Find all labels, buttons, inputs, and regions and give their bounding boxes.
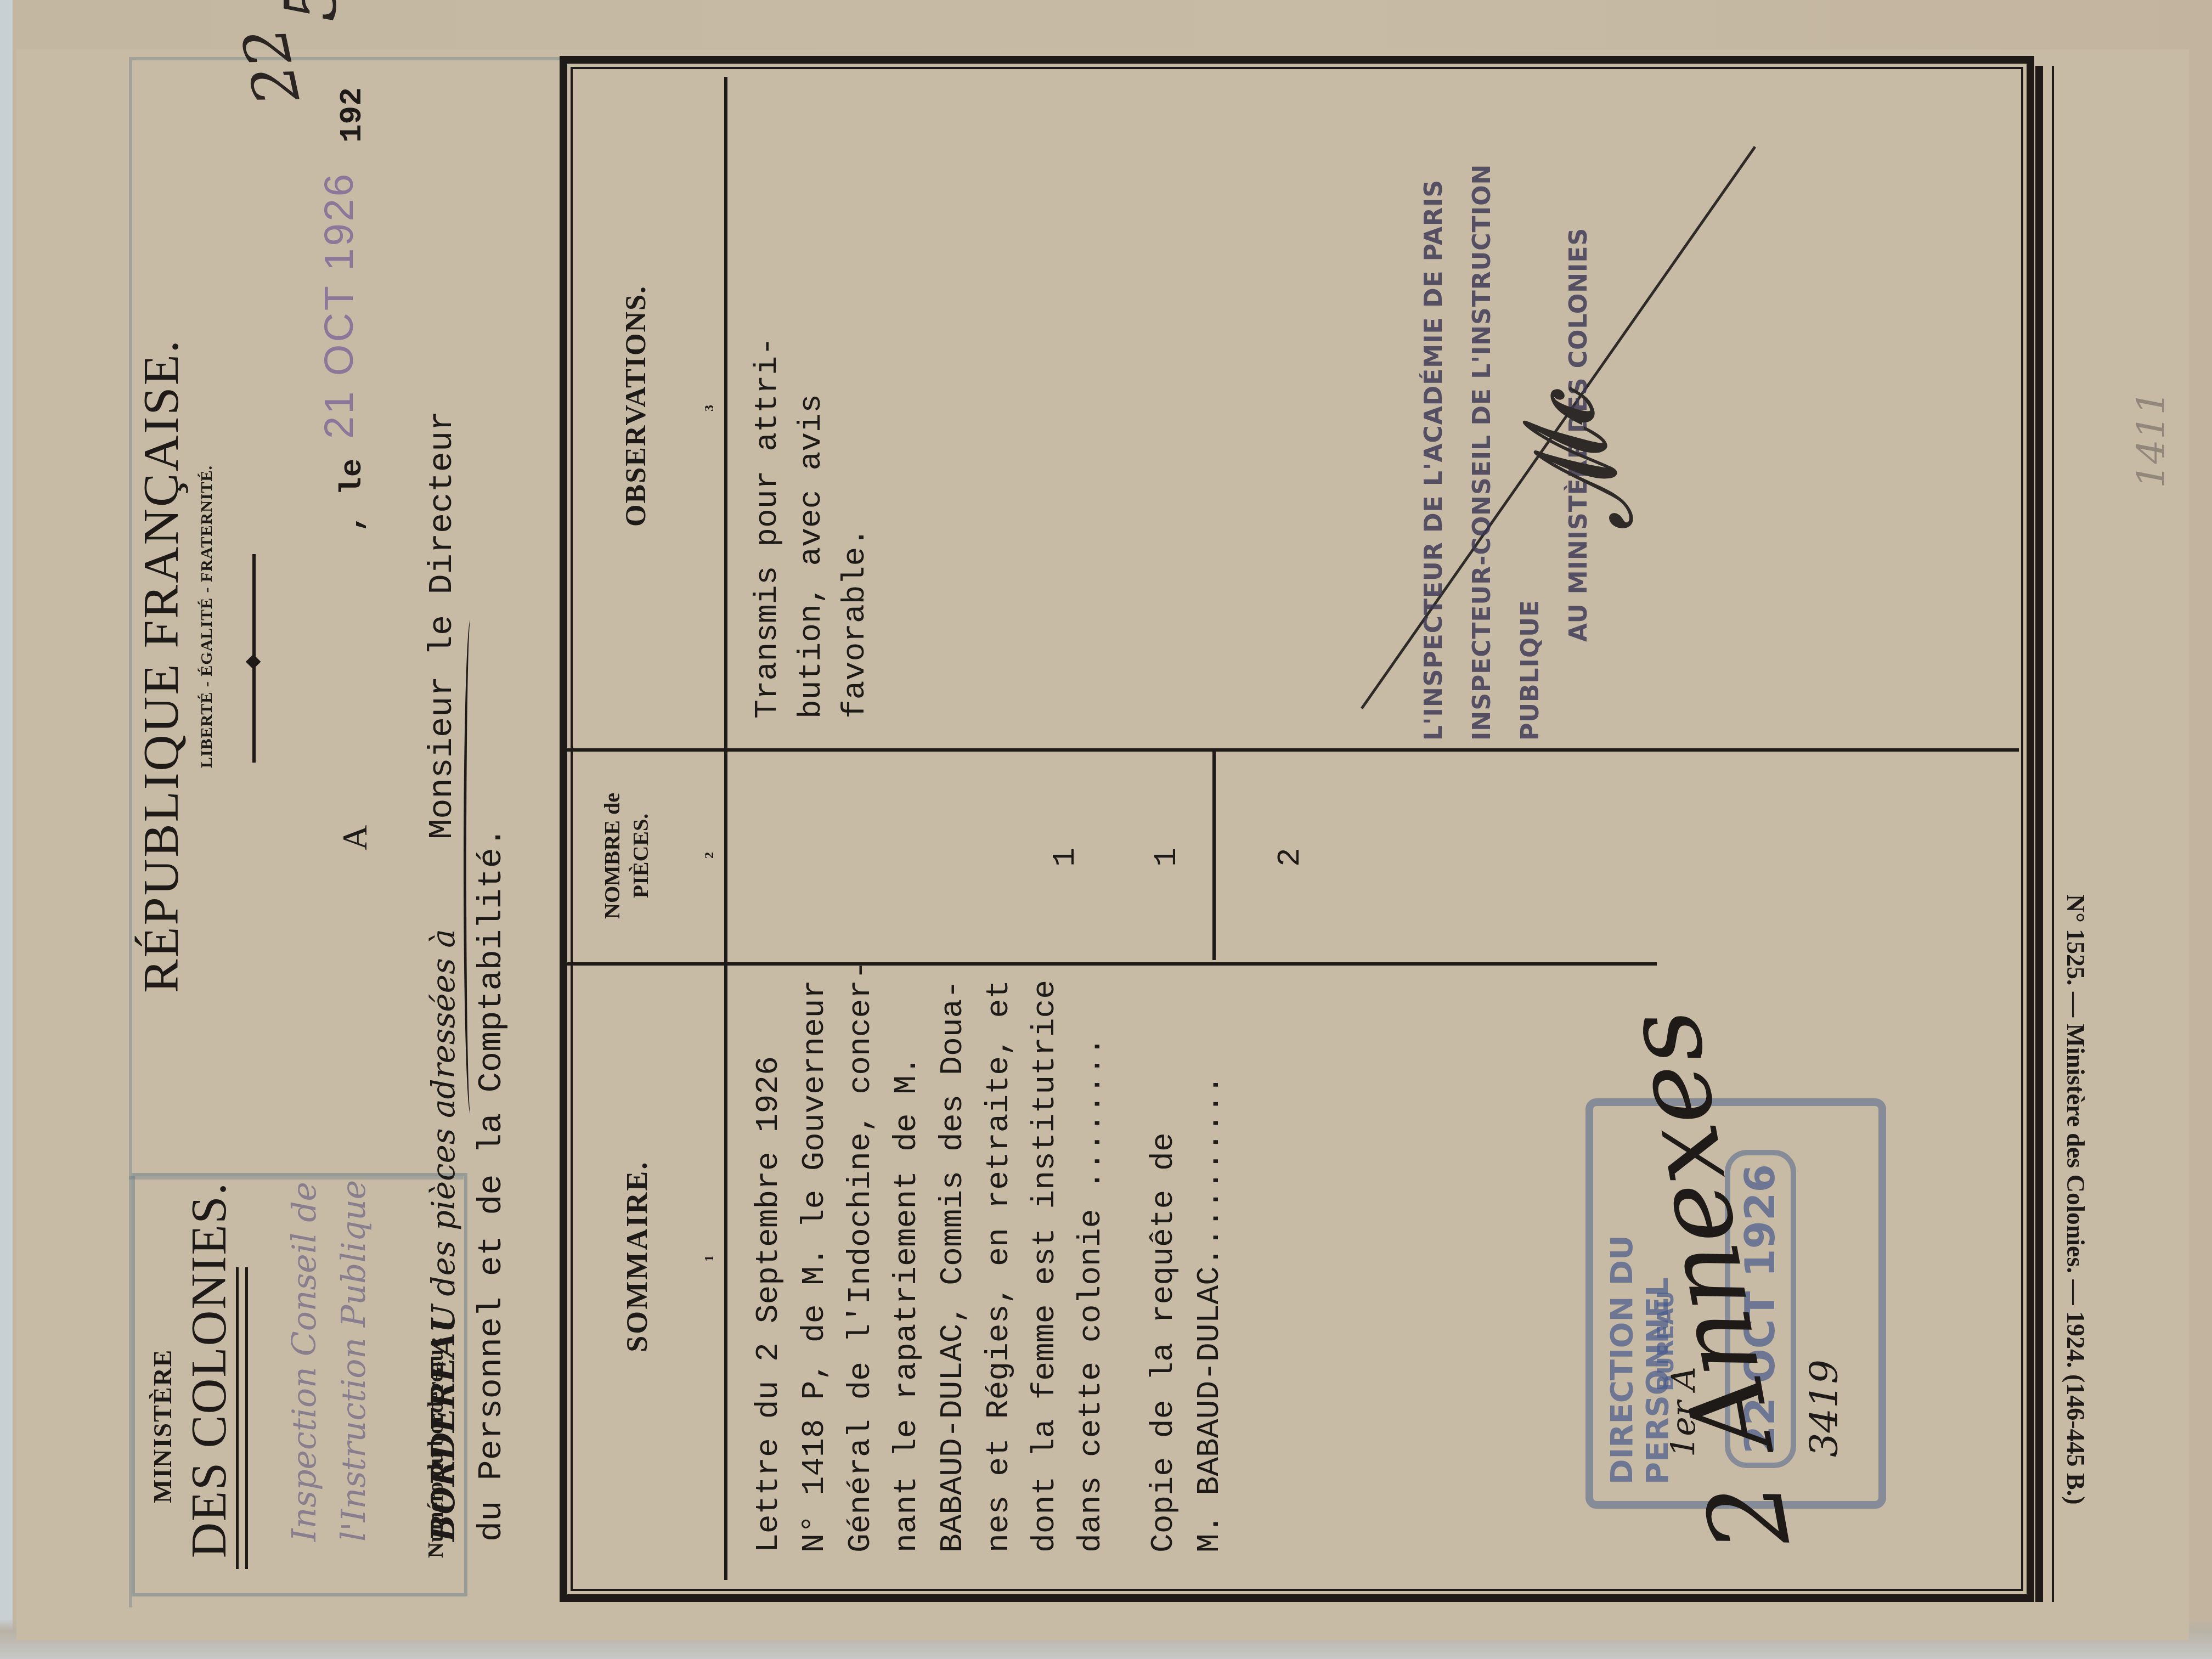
document-sheet: MINISTÈRE DES COLONIES. Inspection Conse… [16,49,2189,1640]
addressee-line-1: Monsieur le Directeur [422,411,461,839]
column-number-1: 1 [702,1255,717,1262]
observations-text: Transmis pour attri- bution, avec avis f… [746,337,878,719]
addressee-line-2: du Personnel et de la Comptabilité. [472,827,511,1542]
handwritten-service: Inspection Conseil de l'Instruction Publ… [280,1158,379,1542]
handwritten-reference-fraction: 5 [269,0,352,22]
table-row-2-pieces: 1 [1149,848,1185,867]
year-prefix: 192 [335,87,370,143]
column-number-3: 3 [702,405,717,411]
header-row-divider [724,77,727,1580]
column-separator [560,748,2019,752]
bracket-line [464,620,477,1114]
bordereau-title-italic: des pièces adressées à [425,929,462,1296]
place-label: A [335,825,375,850]
printer-note: N° 1525. — Ministère des Colonies. — 192… [2061,894,2090,1505]
column-header-observations: OBSERVATIONS. [620,214,652,598]
ministry-label: MINISTÈRE [148,1349,177,1503]
inspector-stamp-line-1: L'INSPECTEUR DE L'ACADÉMIE DE PARIS [1410,55,1458,741]
bordereau-title-bold: BORDEREAU [425,1305,462,1542]
total-separator [1212,752,1216,960]
date-prefix: , le [335,459,370,532]
ornament-divider [252,554,256,763]
double-rule [236,1267,248,1569]
column-header-sommaire: SOMMAIRE. [620,1092,654,1421]
table-row-2-sommaire: Copie de la requête de M. BABAUD-DULAC..… [1141,977,1233,1553]
column-header-nombre: NOMBRE de PIÈCES. [598,757,655,955]
guide-line [129,57,568,60]
republic-title: RÉPUBLIQUE FRANÇAISE. [132,338,190,993]
margin-pencil-note: 1411 [2129,391,2174,488]
motto: LIBERTÉ - ÉGALITÉ - FRATERNITÉ. [198,465,216,768]
total-pieces: 2 [1273,848,1308,867]
ministry-name: DES COLONIES. [181,1182,238,1558]
footer-rule [2035,66,2054,1602]
table-row-1-sommaire: Lettre du 2 Septembre 1926 N° 1418 P, de… [746,977,1115,1553]
table-row-1-pieces: 1 [1048,848,1084,867]
column-number-2: 2 [702,852,717,859]
reception-stamp-handwritten-number: 3419 [1802,1359,1847,1457]
date-stamp: 21 OCT 1926 [315,172,362,439]
